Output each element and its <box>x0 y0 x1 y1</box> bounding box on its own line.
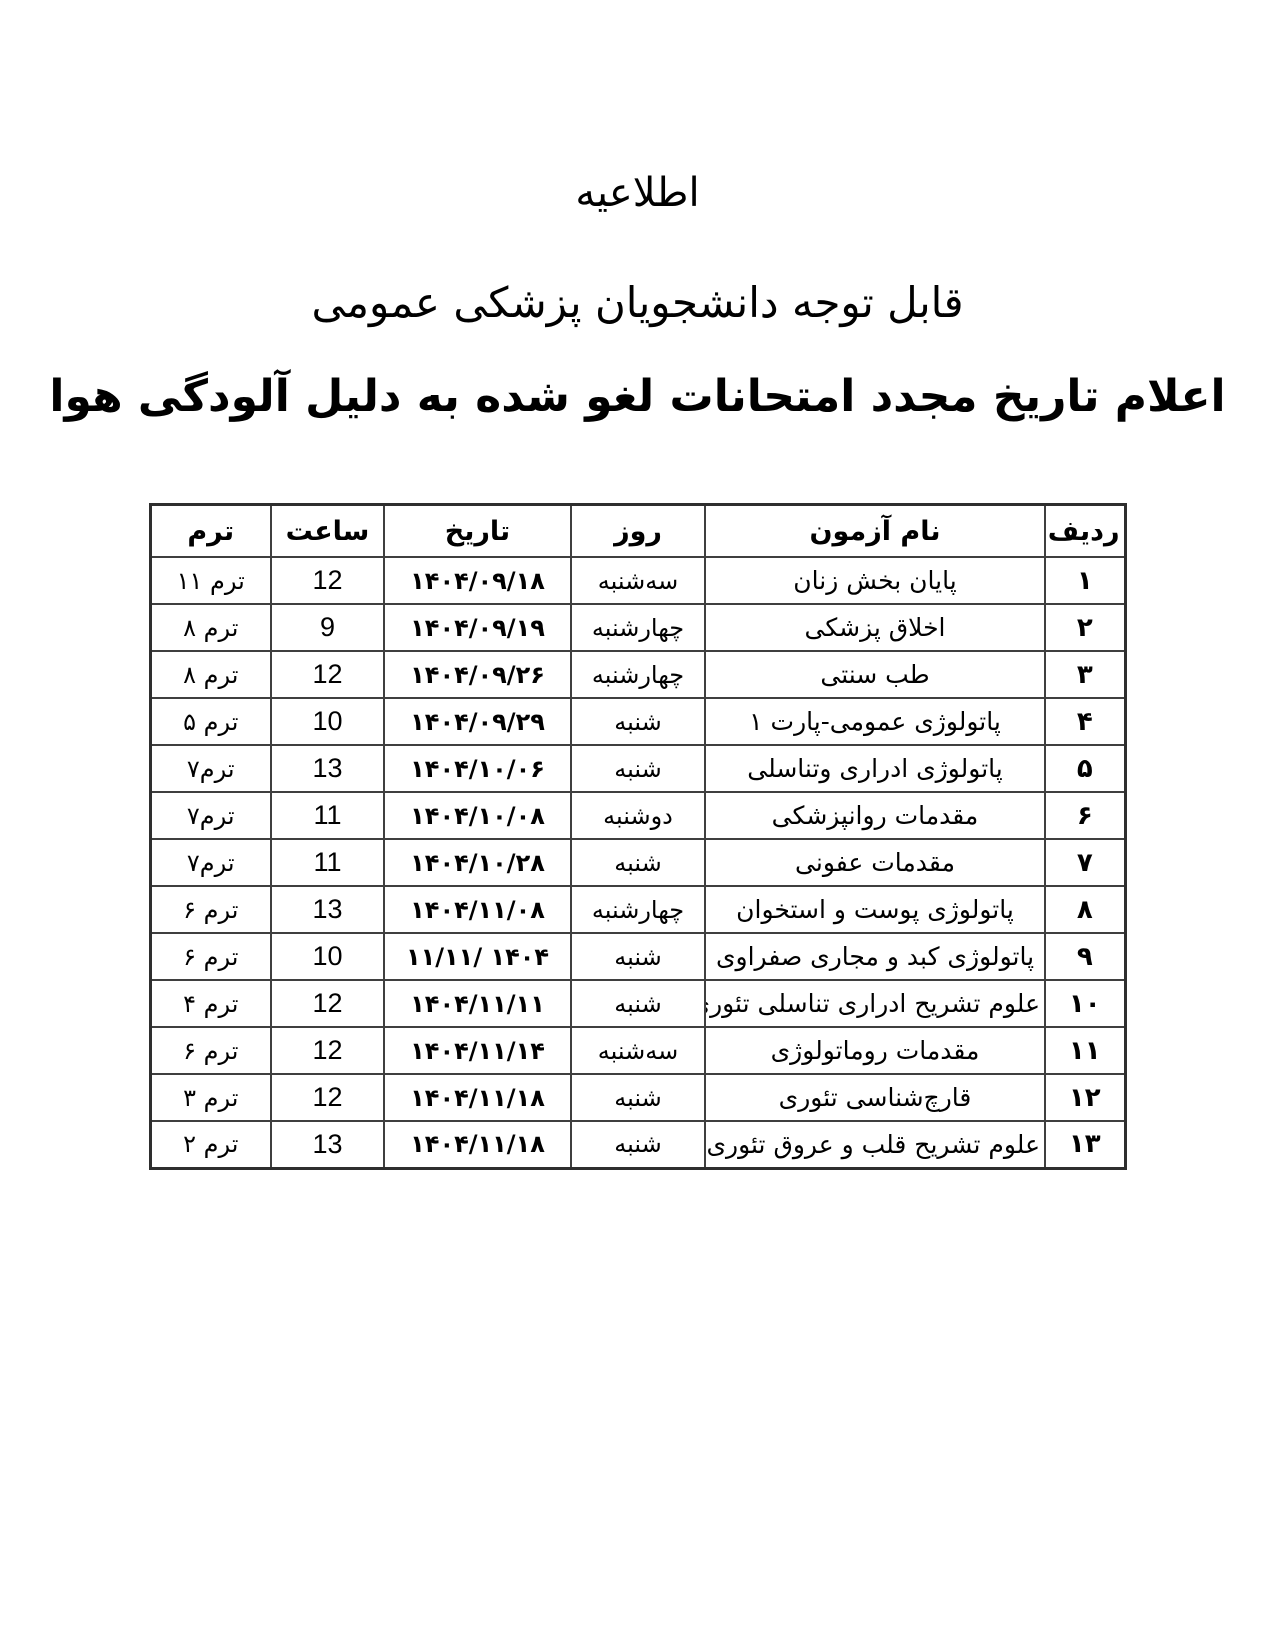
cell-date: ۱۴۰۴ /۱۱/۱۱ <box>384 933 571 980</box>
cell-date: ۱۴۰۴/۰۹/۱۹ <box>384 604 571 651</box>
header-hour: ساعت <box>271 505 384 558</box>
page-description: اعلام تاریخ مجدد امتحانات لغو شده به دلی… <box>0 362 1275 432</box>
cell-exam-name: مقدمات روماتولوژی <box>705 1027 1045 1074</box>
cell-hour: 12 <box>271 557 384 604</box>
cell-row: ۵ <box>1045 745 1125 792</box>
cell-exam-name: مقدمات عفونی <box>705 839 1045 886</box>
cell-row: ۳ <box>1045 651 1125 698</box>
cell-date: ۱۴۰۴/۱۰/۰۶ <box>384 745 571 792</box>
cell-hour: 13 <box>271 886 384 933</box>
table-header: ردیف نام آزمون روز تاریخ ساعت ترم <box>150 505 1125 558</box>
cell-exam-name: علوم تشریح ادراری تناسلی تئوری <box>705 980 1045 1027</box>
cell-row: ۱۳ <box>1045 1121 1125 1168</box>
cell-hour: 10 <box>271 933 384 980</box>
cell-term: ترم۷ <box>150 745 271 792</box>
cell-day: چهارشنبه <box>571 886 705 933</box>
cell-exam-name: قارچ‌شناسی تئوری <box>705 1074 1045 1121</box>
table-row: ۸پاتولوژی پوست و استخوانچهارشنبه۱۴۰۴/۱۱/… <box>150 886 1125 933</box>
cell-date: ۱۴۰۴/۰۹/۲۶ <box>384 651 571 698</box>
cell-exam-name: پایان بخش زنان <box>705 557 1045 604</box>
cell-row: ۲ <box>1045 604 1125 651</box>
cell-term: ترم ۲ <box>150 1121 271 1168</box>
cell-date: ۱۴۰۴/۱۱/۱۸ <box>384 1074 571 1121</box>
cell-exam-name: اخلاق پزشکی <box>705 604 1045 651</box>
cell-date: ۱۴۰۴/۱۱/۱۱ <box>384 980 571 1027</box>
cell-row: ۶ <box>1045 792 1125 839</box>
header-date: تاریخ <box>384 505 571 558</box>
cell-term: ترم ۶ <box>150 933 271 980</box>
cell-exam-name: پاتولوژی عمومی-پارت ۱ <box>705 698 1045 745</box>
cell-hour: 10 <box>271 698 384 745</box>
cell-term: ترم ۱۱ <box>150 557 271 604</box>
announcement-page: اطلاعیه قابل توجه دانشجویان پزشکی عمومی … <box>0 0 1275 1650</box>
cell-hour: 13 <box>271 745 384 792</box>
table-row: ۱۰علوم تشریح ادراری تناسلی تئوریشنبه۱۴۰۴… <box>150 980 1125 1027</box>
page-title: اطلاعیه <box>0 0 1275 228</box>
cell-term: ترم ۸ <box>150 604 271 651</box>
table-row: ۴پاتولوژی عمومی-پارت ۱شنبه۱۴۰۴/۰۹/۲۹10تر… <box>150 698 1125 745</box>
cell-day: چهارشنبه <box>571 604 705 651</box>
cell-exam-name: پاتولوژی پوست و استخوان <box>705 886 1045 933</box>
cell-row: ۷ <box>1045 839 1125 886</box>
cell-date: ۱۴۰۴/۱۱/۰۸ <box>384 886 571 933</box>
exam-table-body: ۱پایان بخش زنانسه‌شنبه۱۴۰۴/۰۹/۱۸12ترم ۱۱… <box>150 557 1125 1168</box>
header-term: ترم <box>150 505 271 558</box>
cell-day: چهارشنبه <box>571 651 705 698</box>
cell-row: ۴ <box>1045 698 1125 745</box>
cell-term: ترم ۴ <box>150 980 271 1027</box>
cell-exam-name: مقدمات روانپزشکی <box>705 792 1045 839</box>
cell-term: ترم ۵ <box>150 698 271 745</box>
cell-hour: 12 <box>271 651 384 698</box>
cell-hour: 12 <box>271 1074 384 1121</box>
cell-row: ۱۰ <box>1045 980 1125 1027</box>
table-header-row: ردیف نام آزمون روز تاریخ ساعت ترم <box>150 505 1125 558</box>
cell-exam-name: پاتولوژی ادراری وتناسلی <box>705 745 1045 792</box>
cell-day: شنبه <box>571 745 705 792</box>
cell-day: شنبه <box>571 839 705 886</box>
cell-row: ۱۲ <box>1045 1074 1125 1121</box>
cell-term: ترم۷ <box>150 839 271 886</box>
table-row: ۶مقدمات روانپزشکیدوشنبه۱۴۰۴/۱۰/۰۸11ترم۷ <box>150 792 1125 839</box>
page-subtitle: قابل توجه دانشجویان پزشکی عمومی <box>0 268 1275 338</box>
exam-schedule-table: ردیف نام آزمون روز تاریخ ساعت ترم ۱پایان… <box>149 503 1127 1170</box>
cell-exam-name: علوم تشریح قلب و عروق تئوری <box>705 1121 1045 1168</box>
cell-row: ۱ <box>1045 557 1125 604</box>
cell-hour: 13 <box>271 1121 384 1168</box>
cell-day: شنبه <box>571 698 705 745</box>
cell-row: ۸ <box>1045 886 1125 933</box>
table-row: ۱پایان بخش زنانسه‌شنبه۱۴۰۴/۰۹/۱۸12ترم ۱۱ <box>150 557 1125 604</box>
cell-term: ترم ۶ <box>150 886 271 933</box>
cell-day: شنبه <box>571 1074 705 1121</box>
cell-term: ترم۷ <box>150 792 271 839</box>
table-row: ۱۱مقدمات روماتولوژیسه‌شنبه۱۴۰۴/۱۱/۱۴12تر… <box>150 1027 1125 1074</box>
cell-term: ترم ۸ <box>150 651 271 698</box>
cell-date: ۱۴۰۴/۱۰/۲۸ <box>384 839 571 886</box>
table-row: ۵پاتولوژی ادراری وتناسلیشنبه۱۴۰۴/۱۰/۰۶13… <box>150 745 1125 792</box>
table-row: ۱۲قارچ‌شناسی تئوریشنبه۱۴۰۴/۱۱/۱۸12ترم ۳ <box>150 1074 1125 1121</box>
cell-row: ۱۱ <box>1045 1027 1125 1074</box>
header-exam-name: نام آزمون <box>705 505 1045 558</box>
cell-day: شنبه <box>571 1121 705 1168</box>
headings-block: اطلاعیه قابل توجه دانشجویان پزشکی عمومی … <box>0 0 1275 432</box>
table-row: ۳طب سنتیچهارشنبه۱۴۰۴/۰۹/۲۶12ترم ۸ <box>150 651 1125 698</box>
cell-day: شنبه <box>571 933 705 980</box>
header-day: روز <box>571 505 705 558</box>
cell-term: ترم ۳ <box>150 1074 271 1121</box>
cell-hour: 12 <box>271 980 384 1027</box>
table-row: ۲اخلاق پزشکیچهارشنبه۱۴۰۴/۰۹/۱۹9ترم ۸ <box>150 604 1125 651</box>
cell-exam-name: پاتولوژی کبد و مجاری صفراوی <box>705 933 1045 980</box>
cell-date: ۱۴۰۴/۰۹/۲۹ <box>384 698 571 745</box>
header-row-number: ردیف <box>1045 505 1125 558</box>
cell-date: ۱۴۰۴/۰۹/۱۸ <box>384 557 571 604</box>
cell-day: دوشنبه <box>571 792 705 839</box>
cell-day: سه‌شنبه <box>571 557 705 604</box>
cell-day: شنبه <box>571 980 705 1027</box>
cell-date: ۱۴۰۴/۱۰/۰۸ <box>384 792 571 839</box>
table-row: ۱۳علوم تشریح قلب و عروق تئوریشنبه۱۴۰۴/۱۱… <box>150 1121 1125 1168</box>
table-row: ۹پاتولوژی کبد و مجاری صفراویشنبه۱۴۰۴ /۱۱… <box>150 933 1125 980</box>
table-row: ۷مقدمات عفونیشنبه۱۴۰۴/۱۰/۲۸11ترم۷ <box>150 839 1125 886</box>
cell-date: ۱۴۰۴/۱۱/۱۸ <box>384 1121 571 1168</box>
cell-date: ۱۴۰۴/۱۱/۱۴ <box>384 1027 571 1074</box>
cell-hour: 9 <box>271 604 384 651</box>
cell-hour: 12 <box>271 1027 384 1074</box>
cell-hour: 11 <box>271 839 384 886</box>
cell-row: ۹ <box>1045 933 1125 980</box>
cell-day: سه‌شنبه <box>571 1027 705 1074</box>
cell-hour: 11 <box>271 792 384 839</box>
cell-exam-name: طب سنتی <box>705 651 1045 698</box>
cell-term: ترم ۶ <box>150 1027 271 1074</box>
